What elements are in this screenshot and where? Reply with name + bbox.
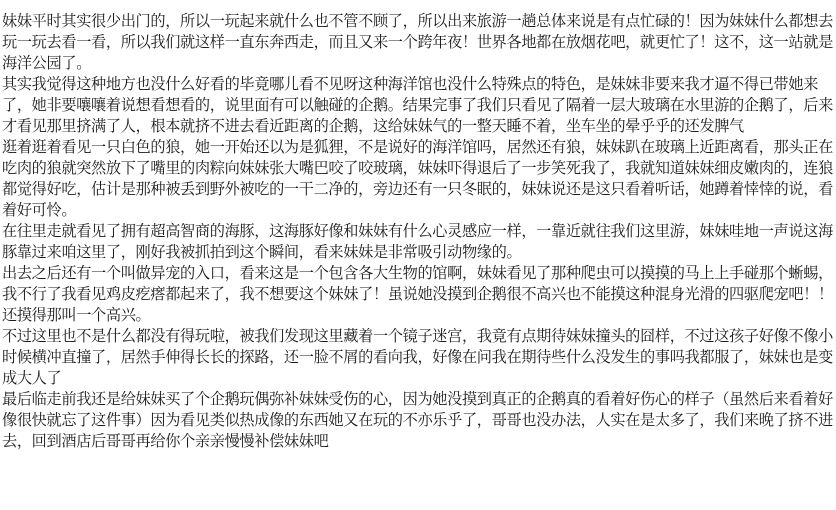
document-body: 妹妹平时其实很少出门的，所以一玩起来就什么也不管不顾了，所以出来旅游一趟总体来说… [2,11,834,452]
paragraph-ocean-park: 其实我觉得这种地方也没什么好看的毕竟哪儿看不见呀这种海洋馆也没什么特殊点的特色，… [2,74,834,137]
paragraph-exotic-pets: 出去之后还有一个叫做异宠的入口，看来这是一个包含各大生物的馆啊，妹妹看见了那种爬… [2,263,834,326]
paragraph-white-wolf: 逛着逛着看见一只白色的狼，她一开始还以为是狐狸，不是说好的海洋馆吗，居然还有狼，… [2,137,834,221]
paragraph-mirror-maze: 不过这里也不是什么都没有得玩啦，被我们发现这里藏着一个镜子迷宫，我竟有点期待妹妹… [2,326,834,389]
paragraph-dolphin: 在往里走就看见了拥有超高智商的海豚，这海豚好像和妹妹有什么心灵感应一样，一靠近就… [2,221,834,263]
paragraph-penguin-toy: 最后临走前我还是给妹妹买了个企鹅玩偶弥补妹妹受伤的心，因为她没摸到真正的企鹅真的… [2,389,834,452]
paragraph-intro: 妹妹平时其实很少出门的，所以一玩起来就什么也不管不顾了，所以出来旅游一趟总体来说… [2,11,834,74]
